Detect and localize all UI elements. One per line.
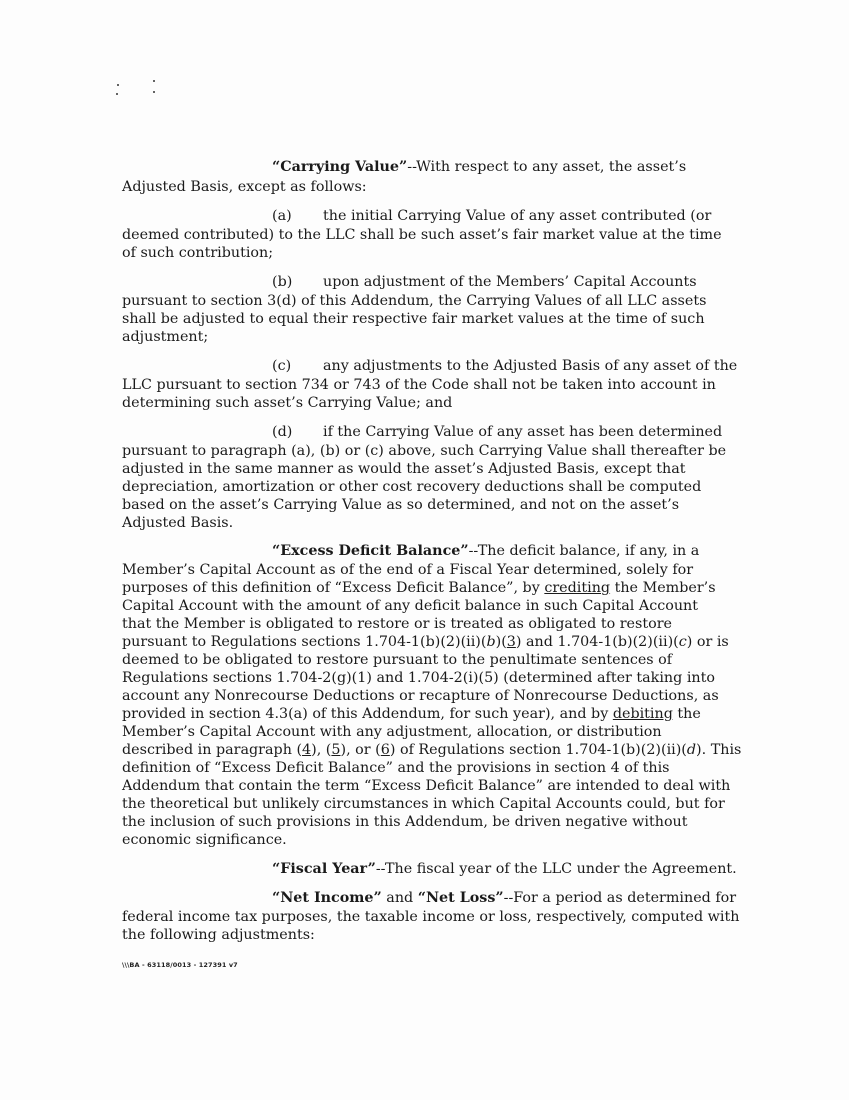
subparagraph-label: (b) xyxy=(272,273,323,291)
text-line: the following adjustments: xyxy=(122,926,315,944)
text-line: pursuant to paragraph (a), (b) or (c) ab… xyxy=(122,442,726,460)
scan-artifact xyxy=(117,84,119,86)
text-line: adjustment; xyxy=(122,328,208,346)
defined-term: “Net Income” xyxy=(272,890,382,906)
subparagraph-b: (b)upon adjustment of the Members’ Capit… xyxy=(272,273,697,291)
text-line: Capital Account with the amount of any d… xyxy=(122,597,698,615)
text-line: federal income tax purposes, the taxable… xyxy=(122,908,739,926)
text-line: of such contribution; xyxy=(122,244,273,262)
text-line: purposes of this definition of “Excess D… xyxy=(122,579,716,597)
defined-term: “Fiscal Year” xyxy=(272,861,376,877)
text-line: the theoretical but unlikely circumstanc… xyxy=(122,795,725,813)
text-line: Member’s Capital Account as of the end o… xyxy=(122,561,693,579)
text-line: deemed to be obligated to restore pursua… xyxy=(122,651,672,669)
text-line: Member’s Capital Account with any adjust… xyxy=(122,723,662,741)
defined-term: “Net Loss” xyxy=(418,890,504,906)
text-line: the inclusion of such provisions in this… xyxy=(122,813,688,831)
subparagraph-a: (a)the initial Carrying Value of any ass… xyxy=(272,207,711,225)
defined-term: “Excess Deficit Balance” xyxy=(272,543,469,559)
scan-artifact xyxy=(153,91,155,93)
document-id-footer: \\\BA - 63118/0013 - 127391 v7 xyxy=(122,961,238,969)
text-line: provided in section 4.3(a) of this Adden… xyxy=(122,705,701,723)
definition-carrying-value: “Carrying Value”--With respect to any as… xyxy=(272,158,686,176)
text-line: deemed contributed) to the LLC shall be … xyxy=(122,226,722,244)
subparagraph-label: (c) xyxy=(272,357,323,375)
scan-artifact xyxy=(116,93,118,95)
definition-excess-deficit-balance: “Excess Deficit Balance”--The deficit ba… xyxy=(272,542,699,560)
text-line: Adjusted Basis, except as follows: xyxy=(122,178,367,196)
text-line: Addendum that contain the term “Excess D… xyxy=(122,777,730,795)
text-line: depreciation, amortization or other cost… xyxy=(122,478,701,496)
defined-term: “Carrying Value” xyxy=(272,159,407,175)
text-line: based on the asset’s Carrying Value as s… xyxy=(122,496,679,514)
subparagraph-label: (a) xyxy=(272,207,323,225)
text-line: pursuant to Regulations sections 1.704-1… xyxy=(122,633,729,651)
text-line: that the Member is obligated to restore … xyxy=(122,615,672,633)
text-line: adjusted in the same manner as would the… xyxy=(122,460,686,478)
text-line: economic significance. xyxy=(122,831,287,849)
scan-artifact xyxy=(153,80,155,82)
underlined-term: debiting xyxy=(613,706,673,722)
document-page: “Carrying Value”--With respect to any as… xyxy=(0,0,849,1100)
subparagraph-d: (d)if the Carrying Value of any asset ha… xyxy=(272,423,722,441)
text-line: Regulations sections 1.704-2(g)(1) and 1… xyxy=(122,669,715,687)
subparagraph-c: (c)any adjustments to the Adjusted Basis… xyxy=(272,357,737,375)
text-line: shall be adjusted to equal their respect… xyxy=(122,310,705,328)
text-line: described in paragraph (4), (5), or (6) … xyxy=(122,741,741,759)
text-line: Adjusted Basis. xyxy=(122,514,233,532)
text-line: LLC pursuant to section 734 or 743 of th… xyxy=(122,376,716,394)
text-line: account any Nonrecourse Deductions or re… xyxy=(122,687,719,705)
subparagraph-label: (d) xyxy=(272,423,323,441)
definition-net-income-net-loss: “Net Income” and “Net Loss”--For a perio… xyxy=(272,889,736,907)
text-line: pursuant to section 3(d) of this Addendu… xyxy=(122,292,706,310)
definition-fiscal-year: “Fiscal Year”--The fiscal year of the LL… xyxy=(272,860,737,878)
text-line: determining such asset’s Carrying Value;… xyxy=(122,394,452,412)
underlined-term: crediting xyxy=(544,580,610,596)
text-line: definition of “Excess Deficit Balance” a… xyxy=(122,759,670,777)
